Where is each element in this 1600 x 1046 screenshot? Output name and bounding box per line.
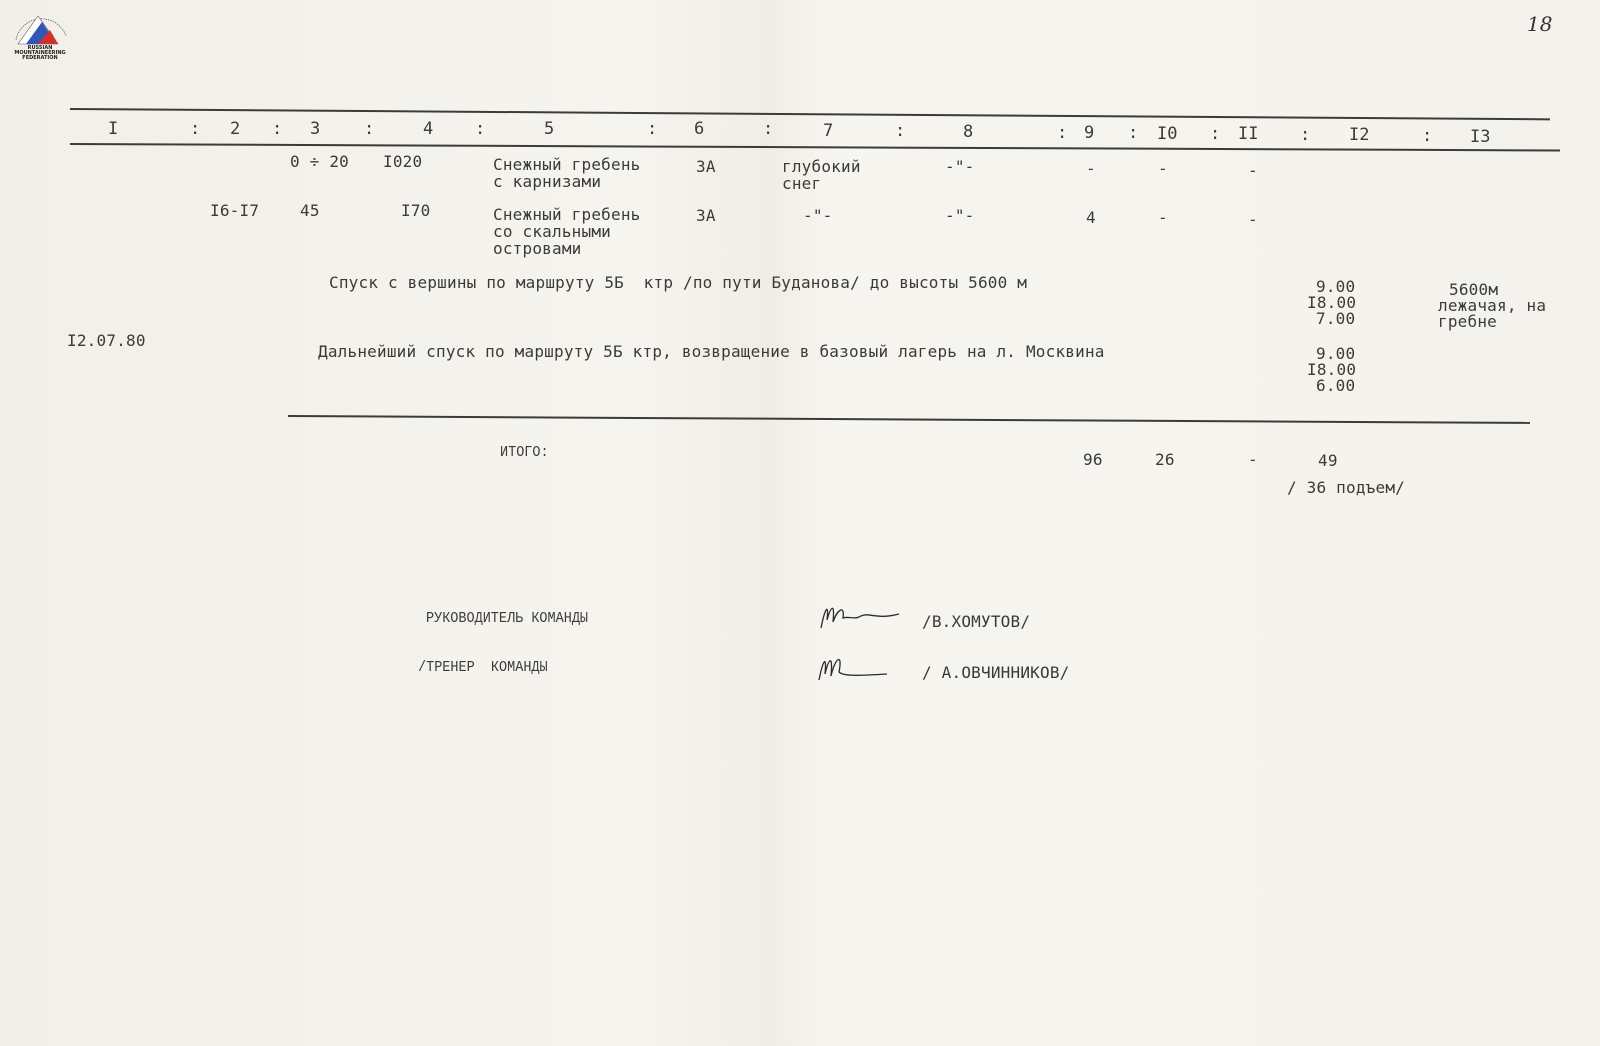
descent2-text: Дальнейший спуск по маршруту 5Б ктр, воз… (318, 343, 1105, 360)
col-header-5: 5 (544, 119, 554, 139)
coach-signature-icon (815, 648, 895, 684)
row2-col11: - (1248, 211, 1258, 228)
row1-col4: I020 (383, 153, 422, 170)
col-sep: : (1128, 123, 1138, 143)
row2-col5-line3: островами (493, 240, 582, 257)
row2-col6: 3А (696, 207, 716, 224)
col-header-12: I2 (1349, 125, 1369, 145)
col-sep: : (895, 121, 905, 141)
row1-col9: - (1086, 160, 1096, 177)
total-col12: 49 (1318, 452, 1338, 469)
total-col11: - (1248, 451, 1258, 468)
header-top-rule (70, 108, 1550, 120)
descent1-text: Спуск с вершины по маршруту 5Б ктр /по п… (329, 274, 1027, 291)
col-header-1: I (108, 119, 118, 139)
row2-col3: 45 (300, 202, 320, 219)
col-header-4: 4 (423, 119, 433, 139)
col-sep: : (1057, 123, 1067, 143)
col-sep: : (1422, 126, 1432, 146)
row1-col5-line2: с карнизами (493, 173, 601, 190)
row1-col7-line1: глубокий (782, 158, 861, 175)
col-sep: : (647, 119, 657, 139)
row2-col9: 4 (1086, 209, 1096, 226)
descent2-date: I2.07.80 (67, 332, 146, 349)
row1-col11: - (1248, 162, 1258, 179)
col-header-13: I3 (1470, 127, 1490, 147)
col-sep: : (475, 119, 485, 139)
col-header-2: 2 (230, 119, 240, 139)
col-header-3: 3 (310, 119, 320, 139)
total-col12-note: / 36 подъем/ (1287, 479, 1405, 496)
row2-col8: -"- (945, 207, 975, 224)
col-header-7: 7 (823, 121, 833, 141)
col-header-10: I0 (1157, 124, 1177, 144)
total-col9: 96 (1083, 451, 1103, 468)
row2-col5-line1: Снежный гребень (493, 206, 641, 223)
coach-title: /ТРЕНЕР КОМАНДЫ (418, 659, 548, 676)
row2-col10: - (1158, 209, 1168, 226)
col-sep: : (364, 119, 374, 139)
row1-col5-line1: Снежный гребень (493, 156, 641, 173)
row1-col6: 3А (696, 158, 716, 175)
col-sep: : (272, 119, 282, 139)
col-sep: : (1300, 125, 1310, 145)
col-header-8: 8 (963, 122, 973, 142)
coach-name: / А.ОВЧИННИКОВ/ (922, 664, 1070, 681)
logo-caption: RUSSIAN MOUNTAINEERING FEDERATION (8, 46, 72, 61)
col-sep: : (763, 119, 773, 139)
total-col10: 26 (1155, 451, 1175, 468)
row1-col10: - (1158, 160, 1168, 177)
leader-signature-icon (815, 598, 905, 634)
col-header-9: 9 (1084, 123, 1094, 143)
descent2-time-3: 6.00 (1316, 377, 1355, 394)
col-sep: : (1210, 124, 1220, 144)
descent1-time-3: 7.00 (1316, 310, 1355, 327)
leader-title: РУКОВОДИТЕЛЬ КОМАНДЫ (426, 610, 588, 627)
totals-rule (288, 415, 1530, 424)
descent1-note-3: гребне (1438, 313, 1497, 330)
row2-col2: I6-I7 (210, 202, 259, 219)
row1-col3: 0 ÷ 20 (290, 153, 349, 170)
leader-name: /В.ХОМУТОВ/ (922, 613, 1030, 630)
page-number: 18 (1527, 12, 1552, 36)
col-sep: : (190, 119, 200, 139)
total-label: ИТОГО: (500, 444, 549, 461)
row2-col5-line2: со скальными (493, 223, 611, 240)
row2-col4: I70 (401, 202, 431, 219)
row2-col7: -"- (803, 207, 833, 224)
row1-col8: -"- (945, 158, 975, 175)
header-bottom-rule (70, 143, 1560, 152)
col-header-11: II (1238, 124, 1258, 144)
row1-col7-line2: снег (782, 175, 821, 192)
col-header-6: 6 (694, 119, 704, 139)
document-page: RUSSIAN MOUNTAINEERING FEDERATION 18 I :… (0, 0, 1600, 1046)
